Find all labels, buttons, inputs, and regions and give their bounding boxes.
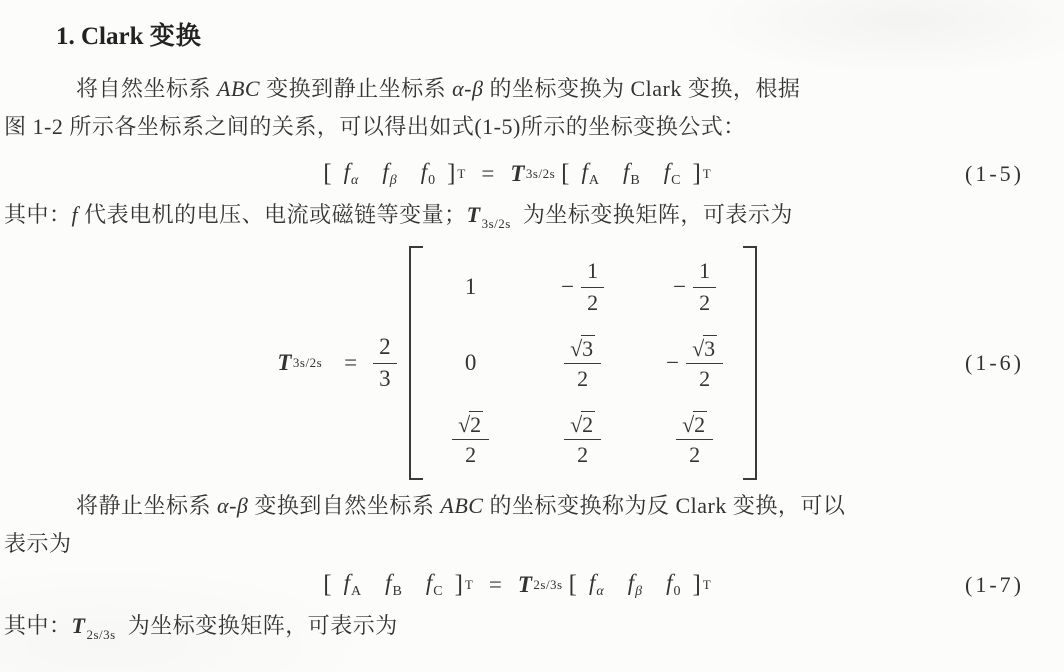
matrix-cell-r3c1: √22 <box>452 411 489 467</box>
equation-1-6: T3s/2s = 23 1 −12 −12 0 √32 −√32 √22 √22… <box>4 245 1030 481</box>
open-bracket: [ <box>569 571 577 599</box>
heading-number-latin: 1. Clark <box>56 23 150 50</box>
var-f: f <box>344 159 350 184</box>
radicand: 2 <box>469 411 483 436</box>
matrix-cell-r2c2: √32 <box>564 335 601 391</box>
fraction-numerator: √2 <box>676 411 713 440</box>
fraction: √32 <box>564 335 601 391</box>
coefficient-two-thirds: 23 <box>373 334 397 393</box>
var-f: f <box>623 159 629 184</box>
fraction-numerator: 1 <box>581 258 604 287</box>
sub-zero: 0 <box>673 584 680 599</box>
matrix-subscript: 3s/2s <box>293 355 322 371</box>
f-alpha: fα <box>589 570 604 600</box>
var-f: f <box>344 570 350 595</box>
minus-sign: − <box>561 274 574 300</box>
sub-alpha: α <box>596 584 603 599</box>
open-bracket: [ <box>323 160 331 188</box>
open-bracket: [ <box>323 571 331 599</box>
close-bracket: ] <box>692 160 700 188</box>
transpose-sup: T <box>465 577 473 593</box>
var-f: f <box>421 159 427 184</box>
para2-line2: 表示为 <box>4 525 1030 563</box>
fraction-numerator: √2 <box>452 411 489 440</box>
matrix-symbol-T: T <box>510 161 525 187</box>
f-beta: fβ <box>382 159 396 189</box>
sub-zero: 0 <box>428 173 435 188</box>
fraction: √22 <box>452 411 489 467</box>
f-A: fA <box>581 159 599 189</box>
para1-line1: 将自然坐标系 ABC 变换到静止坐标系 α-β 的坐标变换为 Clark 变换，… <box>4 70 1030 108</box>
equation-1-7: [fAfBfC]T=T2s/3s[fαfβf0]T (1-7) <box>4 563 1030 607</box>
equation-1-5: [fαfβf0]T=T3s/2s[fAfBfC]T (1-5) <box>4 152 1030 196</box>
close-bracket: ] <box>692 571 700 599</box>
fraction: √22 <box>676 411 713 467</box>
equals-sign: = <box>489 572 502 598</box>
radicand: 2 <box>693 411 707 436</box>
var-alpha-beta: α-β <box>217 493 248 518</box>
matrix-cell-r3c2: √22 <box>564 411 601 467</box>
close-bracket: ] <box>455 571 463 599</box>
fraction: √22 <box>564 411 601 467</box>
para1-text: 的坐标变换为 Clark 变换，根据 <box>483 76 800 101</box>
sub-beta: β <box>635 584 642 599</box>
para2-text: 的坐标变换称为反 Clark 变换，可以 <box>483 493 845 518</box>
fraction-denominator: 2 <box>577 440 588 467</box>
where2-text: 其中： <box>4 613 72 638</box>
matrix-cell-r2c3: −√32 <box>666 335 723 391</box>
equals-sign: = <box>344 350 357 376</box>
where2-text: 为坐标变换矩阵，可表示为 <box>122 613 398 638</box>
fraction-denominator: 2 <box>577 364 588 391</box>
matrix-body: 1 −12 −12 0 √32 −√32 √22 √22 √22 <box>409 246 757 479</box>
matrix-cell-r3c3: √22 <box>676 411 713 467</box>
var-abc: ABC <box>440 493 483 518</box>
para1-line2: 图 1-2 所示各坐标系之间的关系，可以得出如式(1-5)所示的坐标变换公式： <box>4 108 1030 146</box>
fraction-denominator: 3 <box>379 364 391 392</box>
var-f: f <box>581 159 587 184</box>
f-zero: f0 <box>421 159 435 189</box>
para1-text: 将自然坐标系 <box>76 76 217 101</box>
fraction-denominator: 2 <box>699 364 710 391</box>
sub-B: B <box>630 173 639 188</box>
para2-line1: 将静止坐标系 α-β 变换到自然坐标系 ABC 的坐标变换称为反 Clark 变… <box>4 487 1030 525</box>
matrix-subscript: 3s/2s <box>482 216 511 231</box>
var-f: f <box>589 570 595 595</box>
f-A: fA <box>344 570 362 600</box>
matrix-cell-r2c1: 0 <box>465 350 477 376</box>
matrix-cell-r1c2: −12 <box>561 258 604 315</box>
equation-number-1-5: (1-5) <box>965 161 1024 187</box>
matrix-symbol-T: T <box>518 572 533 598</box>
document-page: 1. Clark 变换 将自然坐标系 ABC 变换到静止坐标系 α-β 的坐标变… <box>0 0 1064 672</box>
f-B: fB <box>623 159 640 189</box>
var-f: f <box>385 570 391 595</box>
equation-number-1-7: (1-7) <box>965 572 1024 598</box>
f-C: fC <box>664 159 681 189</box>
fraction-denominator: 2 <box>699 288 710 315</box>
section-heading: 1. Clark 变换 <box>56 16 1030 52</box>
where1-text: 其中： <box>4 202 72 227</box>
equals-sign: = <box>481 161 494 187</box>
minus-sign: − <box>673 274 686 300</box>
f-zero: f0 <box>666 570 680 600</box>
para1-text: 变换到静止坐标系 <box>260 76 452 101</box>
where1-line: 其中：f 代表电机的电压、电流或磁链等变量；T3s/2s 为坐标变换矩阵，可表示… <box>4 196 1030 243</box>
var-f: f <box>628 570 634 595</box>
equation-number-1-6: (1-6) <box>965 350 1024 376</box>
where2-line: 其中：T2s/3s 为坐标变换矩阵，可表示为 <box>4 607 1030 654</box>
transpose-sup: T <box>457 166 465 182</box>
fraction-numerator: √3 <box>564 335 601 364</box>
f-B: fB <box>385 570 402 600</box>
fraction-numerator: √3 <box>686 335 723 364</box>
transpose-sup: T <box>703 577 711 593</box>
fraction: √32 <box>686 335 723 391</box>
var-f: f <box>666 570 672 595</box>
matrix-subscript: 3s/2s <box>526 166 555 182</box>
matrix-cell-r1c3: −12 <box>673 258 716 315</box>
value: 0 <box>465 350 477 376</box>
matrix-3x3: 1 −12 −12 0 √32 −√32 √22 √22 √22 <box>423 246 743 479</box>
value: 1 <box>465 274 477 300</box>
fraction-denominator: 2 <box>465 440 476 467</box>
var-abc: ABC <box>217 76 260 101</box>
fraction-numerator: 2 <box>373 334 397 364</box>
where1-text: 代表电机的电压、电流或磁链等变量； <box>78 202 467 227</box>
fraction: 12 <box>581 258 604 315</box>
matrix-cell-r1c1: 1 <box>465 274 477 300</box>
sub-A: A <box>589 173 599 188</box>
f-alpha: fα <box>344 159 359 189</box>
fraction-denominator: 2 <box>689 440 700 467</box>
matrix-subscript: 2s/3s <box>86 627 115 642</box>
right-bracket <box>743 246 757 479</box>
sub-C: C <box>671 173 680 188</box>
open-bracket: [ <box>561 160 569 188</box>
matrix-symbol-T: T <box>72 613 86 638</box>
matrix-symbol-T: T <box>277 350 292 376</box>
left-bracket <box>409 246 423 479</box>
where1-text: 为坐标变换矩阵，可表示为 <box>517 202 793 227</box>
f-C: fC <box>426 570 443 600</box>
fraction: 12 <box>693 258 716 315</box>
para2-text: 变换到自然坐标系 <box>248 493 440 518</box>
minus-sign: − <box>666 350 679 376</box>
fraction-numerator: 1 <box>693 258 716 287</box>
var-f: f <box>382 159 388 184</box>
f-beta: fβ <box>628 570 642 600</box>
sub-B: B <box>392 584 401 599</box>
close-bracket: ] <box>447 160 455 188</box>
var-f: f <box>664 159 670 184</box>
sub-alpha: α <box>351 173 358 188</box>
heading-cjk: 变换 <box>150 22 202 50</box>
para2-text: 将静止坐标系 <box>76 493 217 518</box>
fraction-numerator: √2 <box>564 411 601 440</box>
sub-C: C <box>433 584 442 599</box>
transpose-sup: T <box>703 166 711 182</box>
radicand: 3 <box>703 335 717 360</box>
radicand: 2 <box>581 411 595 436</box>
matrix-symbol-T: T <box>467 202 481 227</box>
var-f: f <box>426 570 432 595</box>
sub-beta: β <box>390 173 397 188</box>
radicand: 3 <box>581 335 595 360</box>
fraction-denominator: 2 <box>587 288 598 315</box>
matrix-subscript: 2s/3s <box>533 577 562 593</box>
var-alpha-beta: α-β <box>452 76 483 101</box>
sub-A: A <box>351 584 361 599</box>
